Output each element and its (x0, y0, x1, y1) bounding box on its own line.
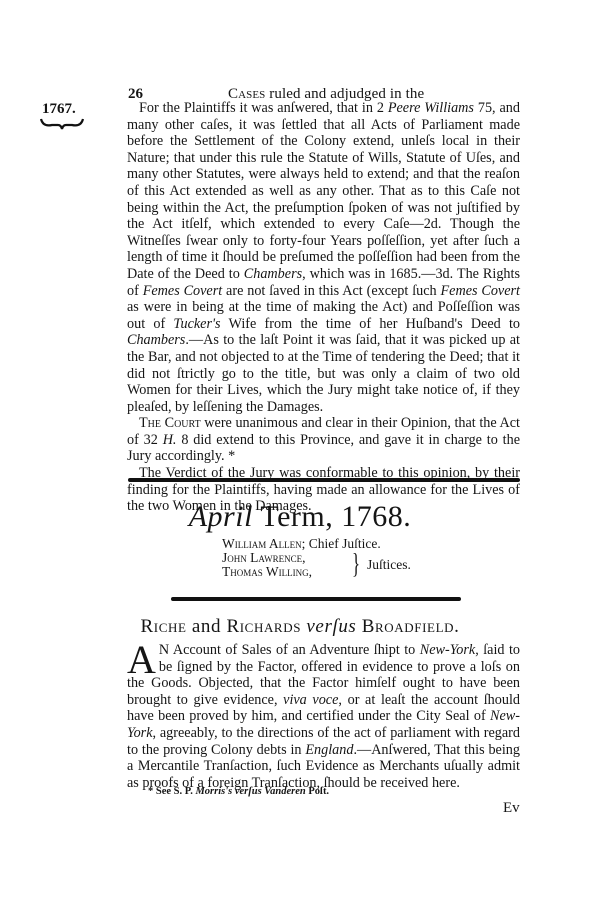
margin-year: 1767. (42, 101, 76, 118)
book-page: 26 Cases ruled and adjudged in the 1767.… (0, 0, 600, 903)
section-1-text: For the Plaintiffs it was anſwered, that… (127, 100, 520, 515)
case-title: Riche and Richards verſus Broadfield. (0, 616, 600, 638)
term-heading: April Term, 1768. (0, 500, 600, 534)
decorative-rule-bottom (171, 597, 461, 601)
decorative-rule-top (128, 478, 520, 482)
drop-cap: A (127, 645, 156, 675)
justices-label: Juſtices. (367, 558, 411, 572)
paragraph-2: The Court were unanimous and clear in th… (127, 415, 520, 465)
footnote: * See S. P. Morris's verſus Vanderen Poſ… (148, 786, 329, 797)
section-2-text: AN Account of Sales of an Adventure ſhip… (127, 642, 520, 791)
catchword: Ev (503, 800, 520, 817)
margin-brace-ornament (40, 118, 84, 130)
brace-icon: } (352, 551, 360, 579)
case-paragraph: AN Account of Sales of an Adventure ſhip… (127, 642, 520, 791)
justices-list: William Allen; Chief Juſtice. John Lawre… (222, 537, 381, 579)
paragraph-1: For the Plaintiffs it was anſwered, that… (127, 100, 520, 415)
